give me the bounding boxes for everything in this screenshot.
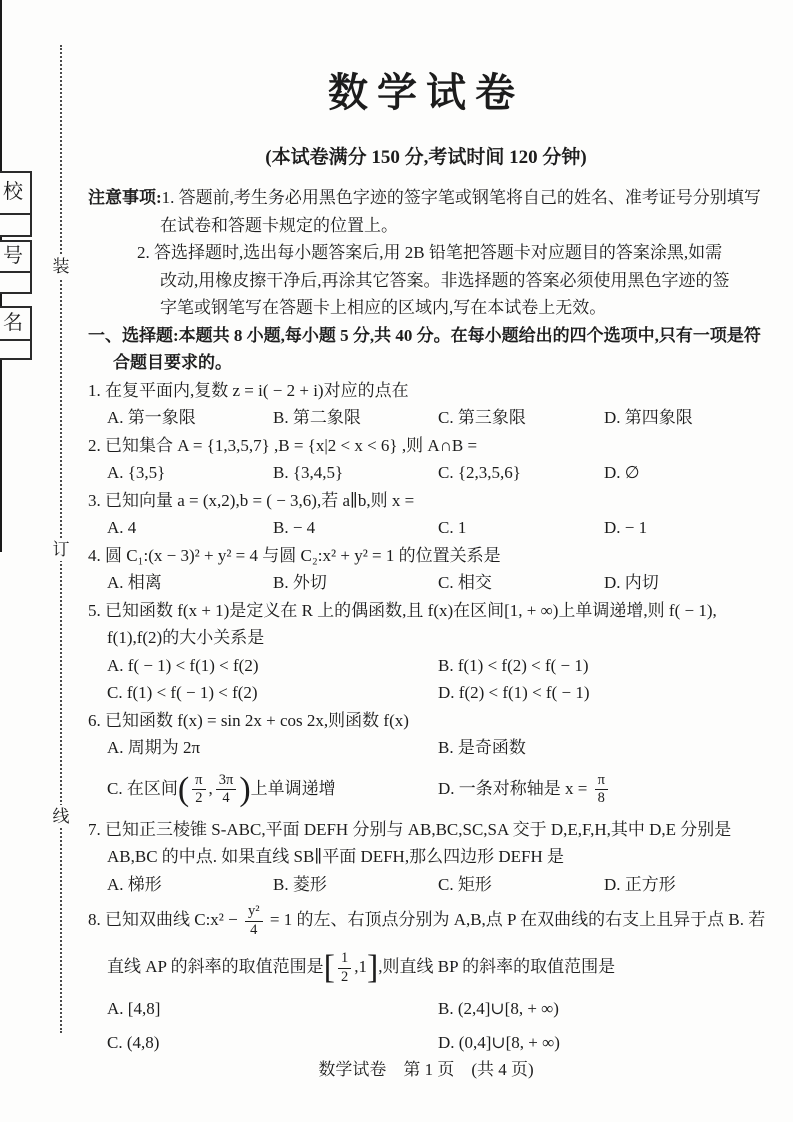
q2-option-b: B. {3,4,5}: [273, 459, 438, 487]
q7-option-d: D. 正方形: [604, 871, 764, 899]
q5-option-a: A. f( − 1) < f(1) < f(2): [107, 652, 438, 680]
fraction-pi-over-2: π2: [192, 773, 205, 806]
q3-option-d: D. − 1: [604, 514, 764, 542]
q6-option-c-text: C. 在区间: [107, 779, 178, 798]
q8-stem2-mid: ,1: [354, 957, 367, 976]
q6-option-a: A. 周期为 2π: [107, 734, 438, 762]
q4-stem: 4. 圆 C₁:(x − 3)² + y² = 4 与圆 C₂:x² + y² …: [88, 542, 764, 570]
q2-option-c: C. {2,3,5,6}: [438, 459, 604, 487]
q6-option-d: D. 一条对称轴是 x = π8: [438, 762, 764, 816]
q8-options-row1: A. [4,8] B. (2,4]∪[8, + ∞): [88, 992, 764, 1026]
fraction-y2-over-4: y²4: [245, 904, 263, 937]
fraction-1-over-2: 12: [338, 951, 351, 984]
q2-option-d: D. ∅: [604, 459, 764, 487]
q4-options: A. 相离 B. 外切 C. 相交 D. 内切: [88, 569, 764, 597]
page-subtitle: (本试卷满分 150 分,考试时间 120 分钟): [88, 144, 764, 171]
notice-item2-line1: 2. 答选择题时,选出每小题答案后,用 2B 铅笔把答题卡对应题目的答案涂黑,如…: [88, 239, 764, 267]
binding-char-ding: 订: [50, 538, 72, 561]
q8-stem-line1: 8. 已知双曲线 C:x² − y²4 = 1 的左、右顶点分别为 A,B,点 …: [88, 898, 764, 942]
q8-stem1-pre: 8. 已知双曲线 C:x² −: [88, 910, 242, 929]
q8-option-c: C. (4,8): [107, 1026, 438, 1060]
q2-option-a: A. {3,5}: [107, 459, 273, 487]
q1-option-b: B. 第二象限: [273, 404, 438, 432]
q6-option-c-comma: ,: [209, 779, 213, 798]
q6-options-row2: C. 在区间(π2,3π4)上单调递增 D. 一条对称轴是 x = π8: [88, 762, 764, 816]
q8-stem2-post: ,则直线 BP 的斜率的取值范围是: [378, 957, 615, 976]
page-title: 数学试卷: [88, 68, 764, 118]
name-box-school-blank: [0, 215, 30, 235]
name-box-name: 名: [0, 306, 32, 360]
name-box-name-blank: [0, 341, 30, 358]
q1-option-d: D. 第四象限: [604, 404, 764, 432]
q5-stem-line2: f(1),f(2)的大小关系是: [88, 624, 764, 652]
binding-char-xian: 线: [50, 805, 72, 828]
footer-pagination: 数学试卷 第 1 页 (共 4 页): [88, 1056, 764, 1084]
notice-item2-line2: 改动,用橡皮擦干净后,再涂其它答案。非选择题的答案必须使用黑色字迹的签: [88, 267, 764, 295]
q5-options-row1: A. f( − 1) < f(1) < f(2) B. f(1) < f(2) …: [88, 652, 764, 680]
q8-stem2-pre: 直线 AP 的斜率的取值范围是: [107, 957, 324, 976]
q8-stem1-post: = 1 的左、右顶点分别为 A,B,点 P 在双曲线的右支上且异于点 B. 若: [266, 910, 766, 929]
q4-option-b: B. 外切: [273, 569, 438, 597]
section1-header-line2: 合题目要求的。: [88, 349, 764, 377]
q1-option-a: A. 第一象限: [107, 404, 273, 432]
q6-stem: 6. 已知函数 f(x) = sin 2x + cos 2x,则函数 f(x): [88, 707, 764, 735]
q3-option-b: B. − 4: [273, 514, 438, 542]
q3-option-c: C. 1: [438, 514, 604, 542]
notice-item1-line2: 在试卷和答题卡规定的位置上。: [88, 212, 764, 240]
fraction-pi-over-8: π8: [595, 773, 608, 806]
q7-stem-line1: 7. 已知正三棱锥 S-ABC,平面 DEFH 分别与 AB,BC,SC,SA …: [88, 816, 764, 844]
q5-option-b: B. f(1) < f(2) < f( − 1): [438, 652, 764, 680]
q5-option-c: C. f(1) < f( − 1) < f(2): [107, 679, 438, 707]
notice-label: 注意事项:: [88, 188, 162, 207]
q6-options-row1: A. 周期为 2π B. 是奇函数: [88, 734, 764, 762]
name-box-name-label: 名: [0, 308, 30, 341]
notice-block: 注意事项:1. 答题前,考生务必用黑色字迹的签字笔或钢笔将自己的姓名、准考证号分…: [88, 184, 764, 322]
q5-options-row2: C. f(1) < f( − 1) < f(2) D. f(2) < f(1) …: [88, 679, 764, 707]
name-box-school: 校: [0, 171, 32, 237]
notice-line-1: 注意事项:1. 答题前,考生务必用黑色字迹的签字笔或钢笔将自己的姓名、准考证号分…: [88, 184, 764, 212]
q7-stem-line2: AB,BC 的中点. 如果直线 SB∥平面 DEFH,那么四边形 DEFH 是: [88, 843, 764, 871]
q5-option-d: D. f(2) < f(1) < f( − 1): [438, 679, 764, 707]
q4-option-a: A. 相离: [107, 569, 273, 597]
q7-options: A. 梯形 B. 菱形 C. 矩形 D. 正方形: [88, 871, 764, 899]
section1-header-line1: 一、选择题:本题共 8 小题,每小题 5 分,共 40 分。在每小题给出的四个选…: [88, 322, 764, 350]
q6-option-d-text: D. 一条对称轴是 x =: [438, 779, 592, 798]
q1-stem: 1. 在复平面内,复数 z = i( − 2 + i)对应的点在: [88, 377, 764, 405]
name-box-number: 号: [0, 240, 32, 294]
q8-option-b: B. (2,4]∪[8, + ∞): [438, 992, 764, 1026]
q8-options-row2: C. (4,8) D. (0,4]∪[8, + ∞): [88, 1026, 764, 1060]
q8-option-a: A. [4,8]: [107, 992, 438, 1026]
notice-item2-line3: 字笔或钢笔写在答题卡上相应的区域内,写在本试卷上无效。: [88, 294, 764, 322]
q4-option-c: C. 相交: [438, 569, 604, 597]
q1-option-c: C. 第三象限: [438, 404, 604, 432]
q2-options: A. {3,5} B. {3,4,5} C. {2,3,5,6} D. ∅: [88, 459, 764, 487]
right-bracket: ]: [367, 949, 378, 986]
q8-option-d: D. (0,4]∪[8, + ∞): [438, 1026, 764, 1060]
binding-char-zhuang: 装: [50, 255, 72, 278]
q3-option-a: A. 4: [107, 514, 273, 542]
q8-stem-line2: 直线 AP 的斜率的取值范围是[12,1],则直线 BP 的斜率的取值范围是: [88, 942, 764, 992]
fraction-3pi-over-4: 3π4: [216, 773, 237, 806]
q6-option-c-post: 上单调递增: [251, 779, 336, 798]
q6-option-b: B. 是奇函数: [438, 734, 764, 762]
q7-option-b: B. 菱形: [273, 871, 438, 899]
q4-option-d: D. 内切: [604, 569, 764, 597]
q1-options: A. 第一象限 B. 第二象限 C. 第三象限 D. 第四象限: [88, 404, 764, 432]
q5-stem-line1: 5. 已知函数 f(x + 1)是定义在 R 上的偶函数,且 f(x)在区间[1…: [88, 597, 764, 625]
left-bracket: [: [324, 949, 335, 986]
left-paren: (: [178, 771, 189, 808]
q3-stem: 3. 已知向量 a = (x,2),b = ( − 3,6),若 a∥b,则 x…: [88, 487, 764, 515]
q7-option-a: A. 梯形: [107, 871, 273, 899]
q2-stem: 2. 已知集合 A = {1,3,5,7} ,B = {x|2 < x < 6}…: [88, 432, 764, 460]
exam-page: 数学试卷 (本试卷满分 150 分,考试时间 120 分钟) 注意事项:1. 答…: [88, 0, 764, 1060]
notice-item1-line1: 1. 答题前,考生务必用黑色字迹的签字笔或钢笔将自己的姓名、准考证号分别填写: [162, 188, 761, 207]
right-paren: ): [239, 771, 250, 808]
q7-option-c: C. 矩形: [438, 871, 604, 899]
q6-option-c: C. 在区间(π2,3π4)上单调递增: [107, 762, 438, 816]
q3-options: A. 4 B. − 4 C. 1 D. − 1: [88, 514, 764, 542]
name-box-school-label: 校: [0, 173, 30, 215]
name-box-number-label: 号: [0, 242, 30, 273]
name-box-number-blank: [0, 273, 30, 292]
